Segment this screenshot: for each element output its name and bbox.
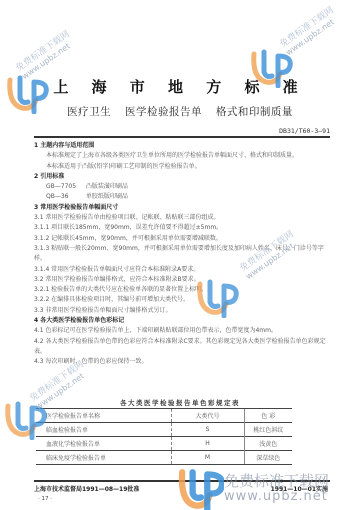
reference-item: GB—7705 凸版装潢印刷品 (34, 182, 330, 192)
watermark-url: www.upbz.net (224, 489, 329, 505)
watermark-cn: 免费标准下载网 (224, 473, 329, 489)
standard-code: DB31/T60-3—91 (279, 127, 330, 135)
paragraph: 3.3 非常用医学检验报告单幅面尺寸编排格式另订。 (34, 306, 330, 316)
paragraph: 4.3 每次印刷时，色带的色彩应保持一致。 (34, 357, 330, 367)
section-heading: 3 常用医学检验报告单幅面尺寸 (34, 203, 330, 213)
section-heading: 1 主题内容与适用范围 (34, 141, 330, 151)
section-heading: 4 各大类医学检验报告单色彩标记 (34, 316, 330, 326)
table-cell: 浅黄色 (244, 437, 292, 451)
section-heading: 2 引用标准 (34, 172, 330, 182)
paragraph: 4.1 色彩标记可在医学检验报告单上，下端印刷粘贴联部位用色带表示，色带宽度为4… (34, 326, 330, 336)
table-cell: 深草绿色 (244, 451, 292, 465)
paragraph: 3.1.1 项目联长185mm，宽90mm，误差允许值要不得超过±5mm。 (34, 223, 330, 233)
paragraph: 3.1.4 常用医学检验报告单幅面尺寸应符合本标准附录A要求。 (34, 265, 330, 275)
watermark-text: 免费标准下载网 www.upbz.net (15, 29, 78, 82)
table-cell: 桃红色斜纹 (244, 423, 292, 437)
reference-item: QB—36 单胶纸版印刷品 (34, 192, 330, 202)
watermark-text-large: 免费标准下载网 www.upbz.net (224, 473, 329, 505)
document-body: 1 主题内容与适用范围 本标准规定了上海市各级各类医疗卫生单位所用的医学检验报告… (34, 141, 330, 368)
paragraph: 3.1 常用医学检验报告单由检验项目联、记帐联、粘贴联三部份组成。 (34, 213, 330, 223)
subtitle-part: 医学检验报告单 (125, 106, 202, 118)
document-subtitle: 医疗卫生 医学检验报告单 格式和印制质量 (0, 104, 360, 119)
top-divider (34, 136, 330, 138)
reference-title: 凸版装潢印刷品 (86, 183, 128, 190)
page-number: · 17 · (38, 496, 52, 502)
subtitle-part: 格式和印制质量 (216, 106, 293, 118)
column-header: 医学检验报告单名称 (36, 409, 171, 423)
table-row: 临床免疫学检验报告单 M 深草绿色 (36, 451, 292, 465)
paragraph: 3.1.3 粘贴联一般长20mm、宽90mm，并可根据采用单位需要增加长度及加印… (34, 244, 330, 265)
document-page: 上 海 市 地 方 标 准 医疗卫生 医学检验报告单 格式和印制质量 DB31/… (0, 0, 360, 510)
paragraph: 本标准适用于凸版(铅字)印刷工艺印制的医学检验报告单。 (34, 162, 330, 172)
subtitle-part: 医疗卫生 (67, 106, 111, 118)
table-cell: 血液化学检验报告单 (36, 437, 171, 451)
table-cell: 临床免疫学检验报告单 (36, 451, 171, 465)
paragraph: 本标准规定了上海市各级各类医疗卫生单位所用的医学检验报告单幅面尺寸、格式和印制质… (34, 151, 330, 161)
reference-code: GB—7705 (46, 182, 84, 192)
document-title: 上 海 市 地 方 标 准 (0, 76, 360, 97)
paragraph: 3.2 常用医学检验报告单编排格式，应符合本标准附录B要求。 (34, 275, 330, 285)
table-cell: 临血检验报告单 (36, 423, 171, 437)
watermark-url: www.upbz.net (284, 14, 341, 58)
paragraph: 3.2.1 检验报告单的大类代号应在检验单各联的显著位置上标明。 (34, 285, 330, 295)
paragraph: 3.2.2 在编排具体检验项目时，其编号前可增加大类代号。 (34, 295, 330, 305)
issued-by: 上海市技术监督局1991—08—19批准 (34, 484, 139, 493)
reference-title: 单胶纸版印刷品 (86, 193, 128, 200)
column-header: 色 彩 (244, 409, 292, 423)
watermark-text: 免费标准下载网 www.upbz.net (279, 5, 342, 58)
upbz-logo-icon (178, 468, 224, 510)
paragraph: 3.1.2 记帐联长45mm，宽90mm，并可根据采用单位需要增减联数。 (34, 234, 330, 244)
table-cell: S (171, 423, 244, 437)
reference-code: QB—36 (46, 192, 84, 202)
table-cell: M (171, 451, 244, 465)
table-cell: H (171, 437, 244, 451)
table-title: 各大类医学检验报告单色彩规定表 (0, 398, 360, 407)
watermark-cn: 免费标准下载网 (15, 29, 72, 73)
paragraph: 4.2 各大类医学检验报告单色带的色彩应符合本标准附录C要求。其色彩规定见各大类… (34, 337, 330, 358)
table-header-row: 医学检验报告单名称 大类代号 色 彩 (36, 409, 292, 423)
column-header: 大类代号 (171, 409, 244, 423)
table-row: 临血检验报告单 S 桃红色斜纹 (36, 423, 292, 437)
watermark-cn: 免费标准下载网 (279, 5, 336, 49)
color-spec-table: 医学检验报告单名称 大类代号 色 彩 临血检验报告单 S 桃红色斜纹 血液化学检… (36, 408, 292, 465)
table-row: 血液化学检验报告单 H 浅黄色 (36, 437, 292, 451)
